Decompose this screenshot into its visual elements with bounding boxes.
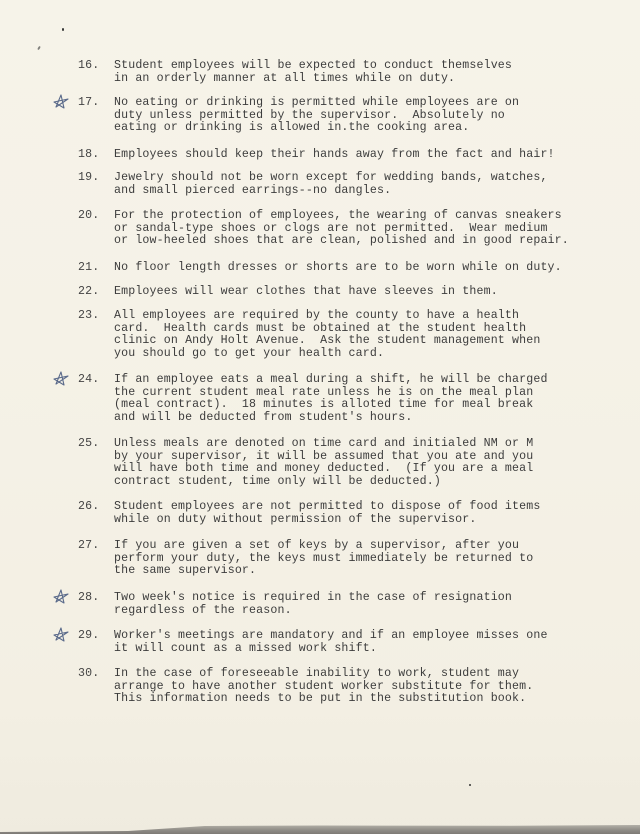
rule-text: Student employees will be expected to co… [114,60,512,85]
rule-number: 28. [78,592,108,605]
rule-number: 20. [78,210,108,223]
rule-text: Two week's notice is required in the cas… [114,592,512,617]
rule-text: If an employee eats a meal during a shif… [114,374,548,424]
rule-text: All employees are required by the county… [114,310,540,360]
rule-text: For the protection of employees, the wea… [114,210,569,248]
rule-text: No eating or drinking is permitted while… [114,97,519,135]
rule-text: Student employees are not permitted to d… [114,501,540,526]
scan-bottom-edge [0,824,640,834]
hand-drawn-star-icon [52,589,70,605]
hand-drawn-star-icon [52,371,70,387]
paper-speck [37,46,41,50]
hand-drawn-star-icon [52,94,70,110]
rule-number: 26. [78,501,108,514]
paper-speck [62,28,64,31]
rule-text: Unless meals are denoted on time card an… [114,438,533,488]
rule-text: Employees will wear clothes that have sl… [114,286,498,299]
rule-text: No floor length dresses or shorts are to… [114,262,562,275]
hand-drawn-star-icon [52,627,70,643]
rule-text: Employees should keep their hands away f… [114,149,555,162]
rule-number: 24. [78,374,108,387]
rule-number: 19. [78,172,108,185]
rule-text: Worker's meetings are mandatory and if a… [114,630,548,655]
rule-text: Jewelry should not be worn except for we… [114,172,548,197]
rule-number: 22. [78,286,108,299]
rule-number: 25. [78,438,108,451]
rule-number: 18. [78,149,108,162]
rule-number: 21. [78,262,108,275]
scanned-page: 16. Student employees will be expected t… [0,0,640,834]
rule-number: 23. [78,310,108,323]
rule-number: 30. [78,668,108,681]
rule-number: 29. [78,630,108,643]
rule-number: 27. [78,540,108,553]
rule-text: If you are given a set of keys by a supe… [114,540,533,578]
rule-number: 16. [78,60,108,73]
paper-speck [469,784,471,786]
rule-text: In the case of foreseeable inability to … [114,668,533,706]
rule-number: 17. [78,97,108,110]
